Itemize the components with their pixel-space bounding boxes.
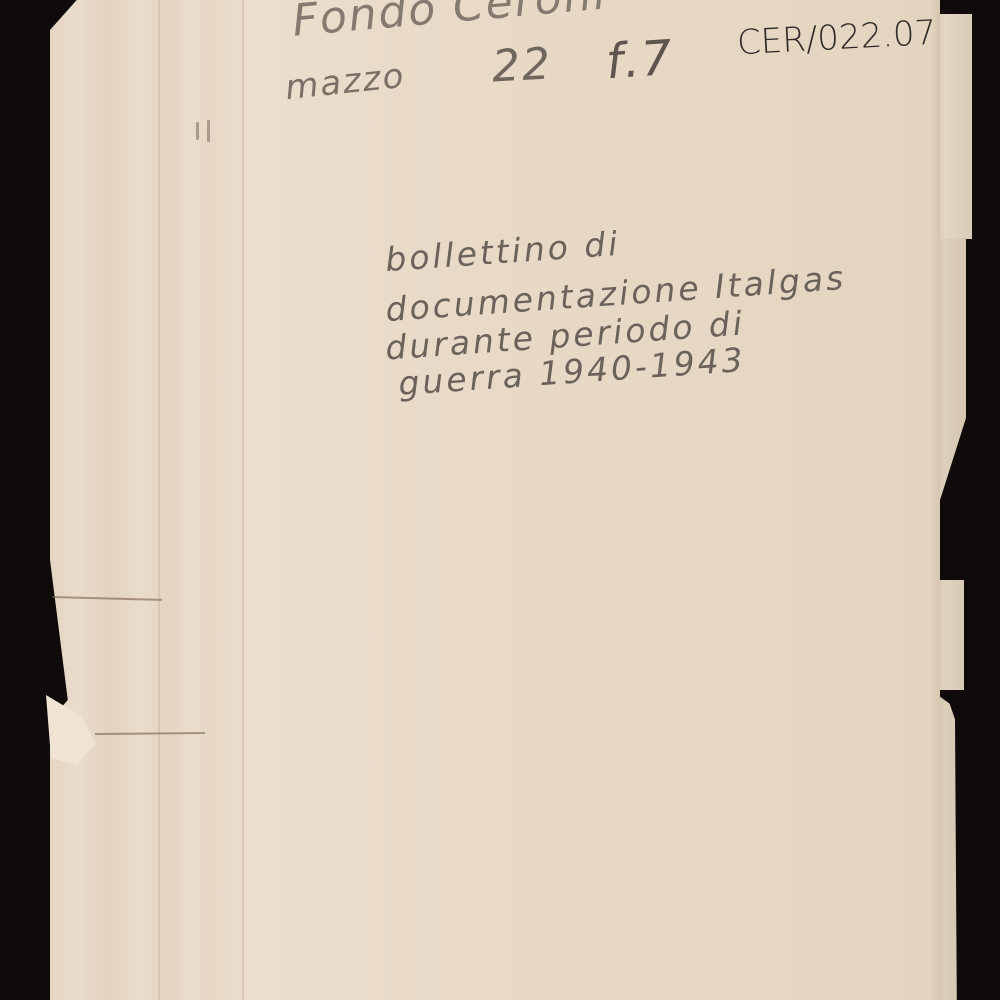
fascicolo-number: f.7	[604, 30, 676, 91]
mazzo-number: 22	[491, 38, 554, 92]
fold-crease	[158, 0, 160, 1000]
pencil-smudge	[207, 120, 210, 142]
fold-crease	[242, 0, 244, 1000]
pencil-smudge	[196, 122, 199, 140]
folder-cover-sheet	[50, 0, 940, 1000]
